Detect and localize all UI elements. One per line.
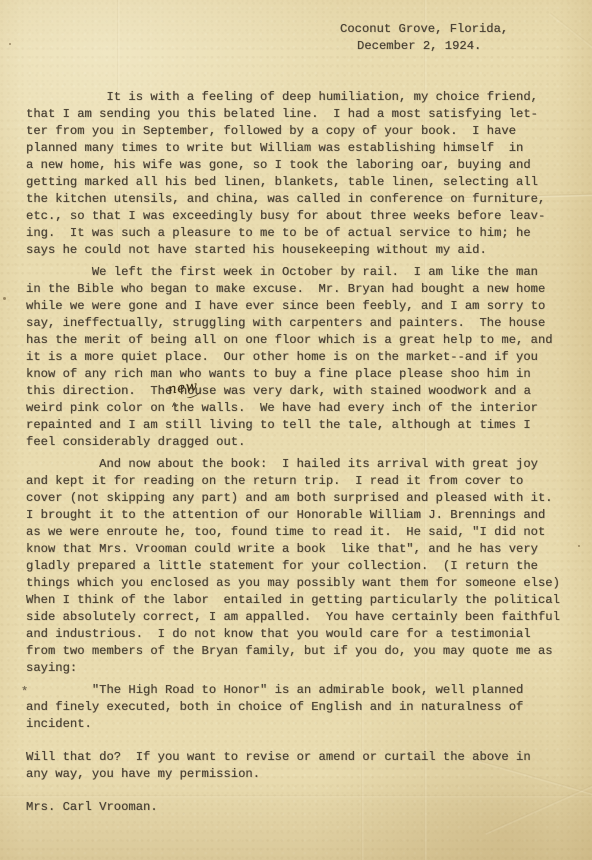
letter-line: a new home, his wife was gone, so I took…: [26, 157, 574, 174]
letter-line: know of any rich man who wants to buy a …: [26, 366, 574, 383]
letter-line: incident.: [26, 716, 574, 733]
letter-line: in the Bible who began to make excuse. M…: [26, 281, 574, 298]
letter-line: while we were gone and I have ever since…: [26, 298, 574, 315]
paper-speck: [578, 545, 580, 547]
letter-line: ing. It was such a pleasure to me to be …: [26, 225, 574, 242]
letter-line: planned many times to write but William …: [26, 140, 574, 157]
letter-line: ter from you in September, followed by a…: [26, 123, 574, 140]
paragraph: Will that do? If you want to revise or a…: [26, 749, 574, 783]
letter-line: "The High Road to Honor" is an admirable…: [26, 682, 574, 699]
signature: Mrs. Carl Vrooman.: [26, 799, 574, 816]
dateline: Coconut Grove, Florida, December 2, 1924…: [340, 21, 574, 55]
letter-line: this direction. The^newhouse was very da…: [26, 383, 574, 400]
letter-line: as we were enroute he, too, found time t…: [26, 524, 574, 541]
letter-line: from two members of the Bryan family, bu…: [26, 643, 574, 660]
letter-line: and industrious. I do not know that you …: [26, 626, 574, 643]
letter-line: that I am sending you this belated line.…: [26, 106, 574, 123]
letter-line: weird pink color on the walls. We have h…: [26, 400, 574, 417]
letter-line: feel considerably dragged out.: [26, 434, 574, 451]
letter-line: and finely executed, both in choice of E…: [26, 699, 574, 716]
letter-line: Will that do? If you want to revise or a…: [26, 749, 574, 766]
handwritten-word: new: [167, 378, 199, 398]
paragraph: It is with a feeling of deep humiliation…: [26, 89, 574, 259]
paragraph: "The High Road to Honor" is an admirable…: [26, 682, 574, 733]
paper-speck: [9, 43, 11, 45]
letter-line: side absolutely correct, I am appalled. …: [26, 609, 574, 626]
letter-line: says he could not have started his house…: [26, 242, 574, 259]
letter-line: I brought it to the attention of our Hon…: [26, 507, 574, 524]
dateline-date: December 2, 1924.: [340, 38, 574, 55]
letter-document: Coconut Grove, Florida, December 2, 1924…: [0, 0, 592, 860]
letter-line: has the merit of being all on one floor …: [26, 332, 574, 349]
letter-line: things which you enclosed as you may pos…: [26, 575, 574, 592]
letter-line: and kept it for reading on the return tr…: [26, 473, 574, 490]
letter-line: the kitchen utensils, and china, was cal…: [26, 191, 574, 208]
letter-line: We left the first week in October by rai…: [26, 264, 574, 281]
letter-line: And now about the book: I hailed its arr…: [26, 456, 574, 473]
letter-line: say, ineffectually, struggling with carp…: [26, 315, 574, 332]
letter-line: getting marked all his bed linen, blanke…: [26, 174, 574, 191]
paper-speck: [3, 297, 6, 300]
letter-text: Coconut Grove, Florida, December 2, 1924…: [26, 21, 574, 816]
dateline-place: Coconut Grove, Florida,: [340, 21, 574, 38]
paragraph: We left the first week in October by rai…: [26, 264, 574, 451]
letter-line: saying:: [26, 660, 574, 677]
paragraph: And now about the book: I hailed its arr…: [26, 456, 574, 677]
letter-line: gladly prepared a little statement for y…: [26, 558, 574, 575]
letter-body: It is with a feeling of deep humiliation…: [26, 89, 574, 783]
letter-line: know that Mrs. Vrooman could write a boo…: [26, 541, 574, 558]
letter-line: When I think of the labor entailed in ge…: [26, 592, 574, 609]
letter-line: any way, you have my permission.: [26, 766, 574, 783]
letter-line: etc., so that I was exceedingly busy for…: [26, 208, 574, 225]
letter-line: cover (not skipping any part) and am bot…: [26, 490, 574, 507]
letter-line: it is a more quiet place. Our other home…: [26, 349, 574, 366]
letter-line: repainted and I am still living to tell …: [26, 417, 574, 434]
letter-line: It is with a feeling of deep humiliation…: [26, 89, 574, 106]
